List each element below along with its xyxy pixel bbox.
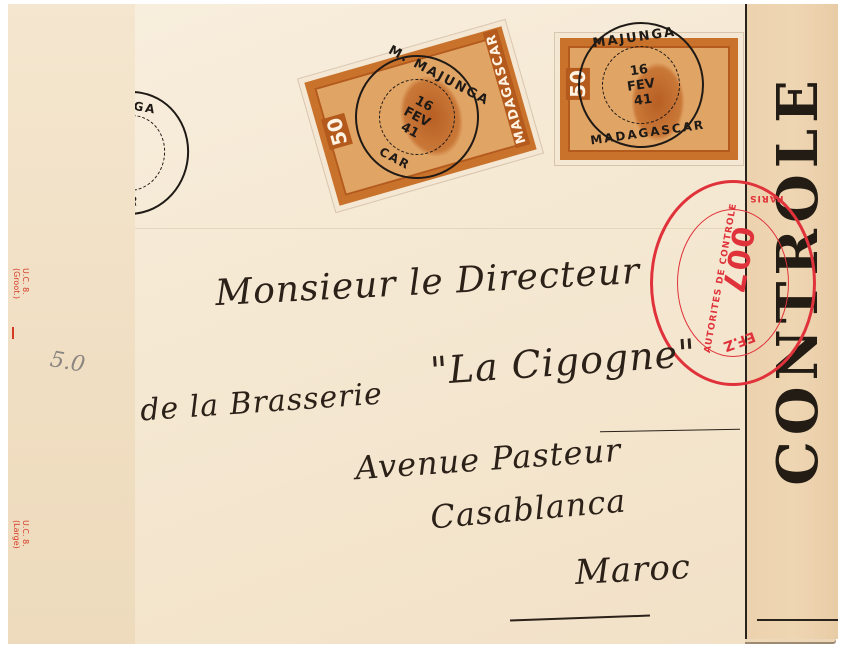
address-country: Maroc — [574, 547, 692, 593]
marking-line: U.C. 8. — [21, 520, 30, 549]
postmark-inner-ring — [135, 110, 171, 197]
red-tick-mark — [12, 327, 14, 339]
tape-rule — [757, 619, 838, 621]
marking-line: U.C. 8. — [21, 268, 30, 299]
handstamp-city: PARIS — [749, 193, 784, 203]
postmark-circle: NGA CAR — [135, 85, 190, 224]
marking-line: (Groot.) — [12, 268, 21, 299]
marking-line: (Large) — [12, 520, 21, 549]
fold-crease — [135, 228, 745, 229]
postmark-inner-ring — [597, 41, 685, 129]
censor-marking-large: U.C. 8. (Large) — [12, 520, 30, 549]
censor-marking-groot: U.C. 8. (Groot.) — [12, 268, 30, 299]
partial-postmark: NGA CAR — [135, 85, 190, 225]
